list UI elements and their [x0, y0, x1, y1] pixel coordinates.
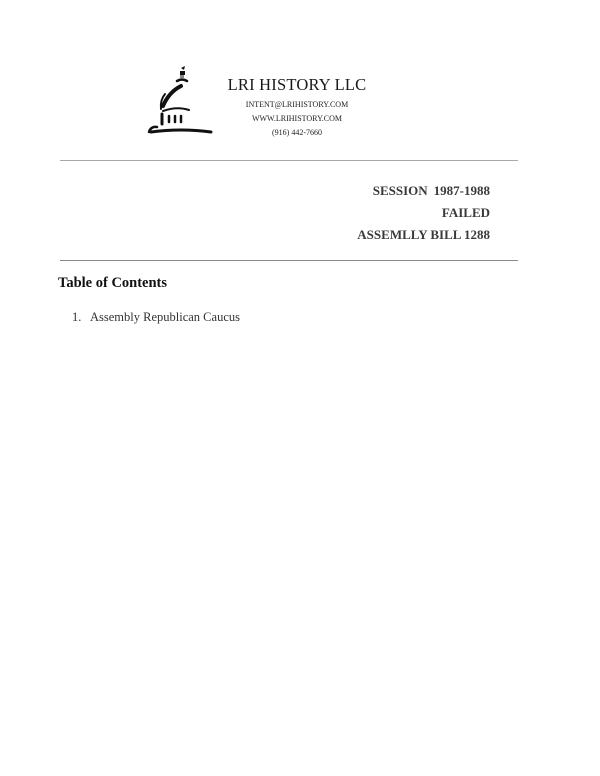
company-website: WWW.LRIHISTORY.COM: [222, 112, 372, 126]
company-name: LRI HISTORY LLC: [222, 75, 372, 95]
toc-list: 1. Assembly Republican Caucus: [72, 308, 240, 326]
company-phone: (916) 442-7660: [222, 126, 372, 140]
bill-name: ASSEMLLY BILL 1288: [357, 224, 490, 246]
session-label: SESSION: [373, 183, 428, 198]
toc-title: Table of Contents: [58, 275, 167, 292]
toc-item-label[interactable]: Assembly Republican Caucus: [90, 308, 240, 326]
bill-divider: [60, 260, 518, 261]
bill-status: FAILED: [357, 202, 490, 224]
session-line: SESSION1987-1988: [357, 180, 490, 202]
company-info: LRI HISTORY LLC INTENT@LRIHISTORY.COM WW…: [222, 75, 372, 140]
toc-item[interactable]: 1. Assembly Republican Caucus: [72, 308, 240, 326]
toc-item-number: 1.: [72, 308, 90, 326]
company-email: INTENT@LRIHISTORY.COM: [222, 98, 372, 112]
bill-info: SESSION1987-1988 FAILED ASSEMLLY BILL 12…: [357, 180, 490, 246]
session-years: 1987-1988: [434, 183, 490, 198]
capitol-dome-icon: [143, 64, 215, 138]
header-divider: [60, 160, 518, 161]
